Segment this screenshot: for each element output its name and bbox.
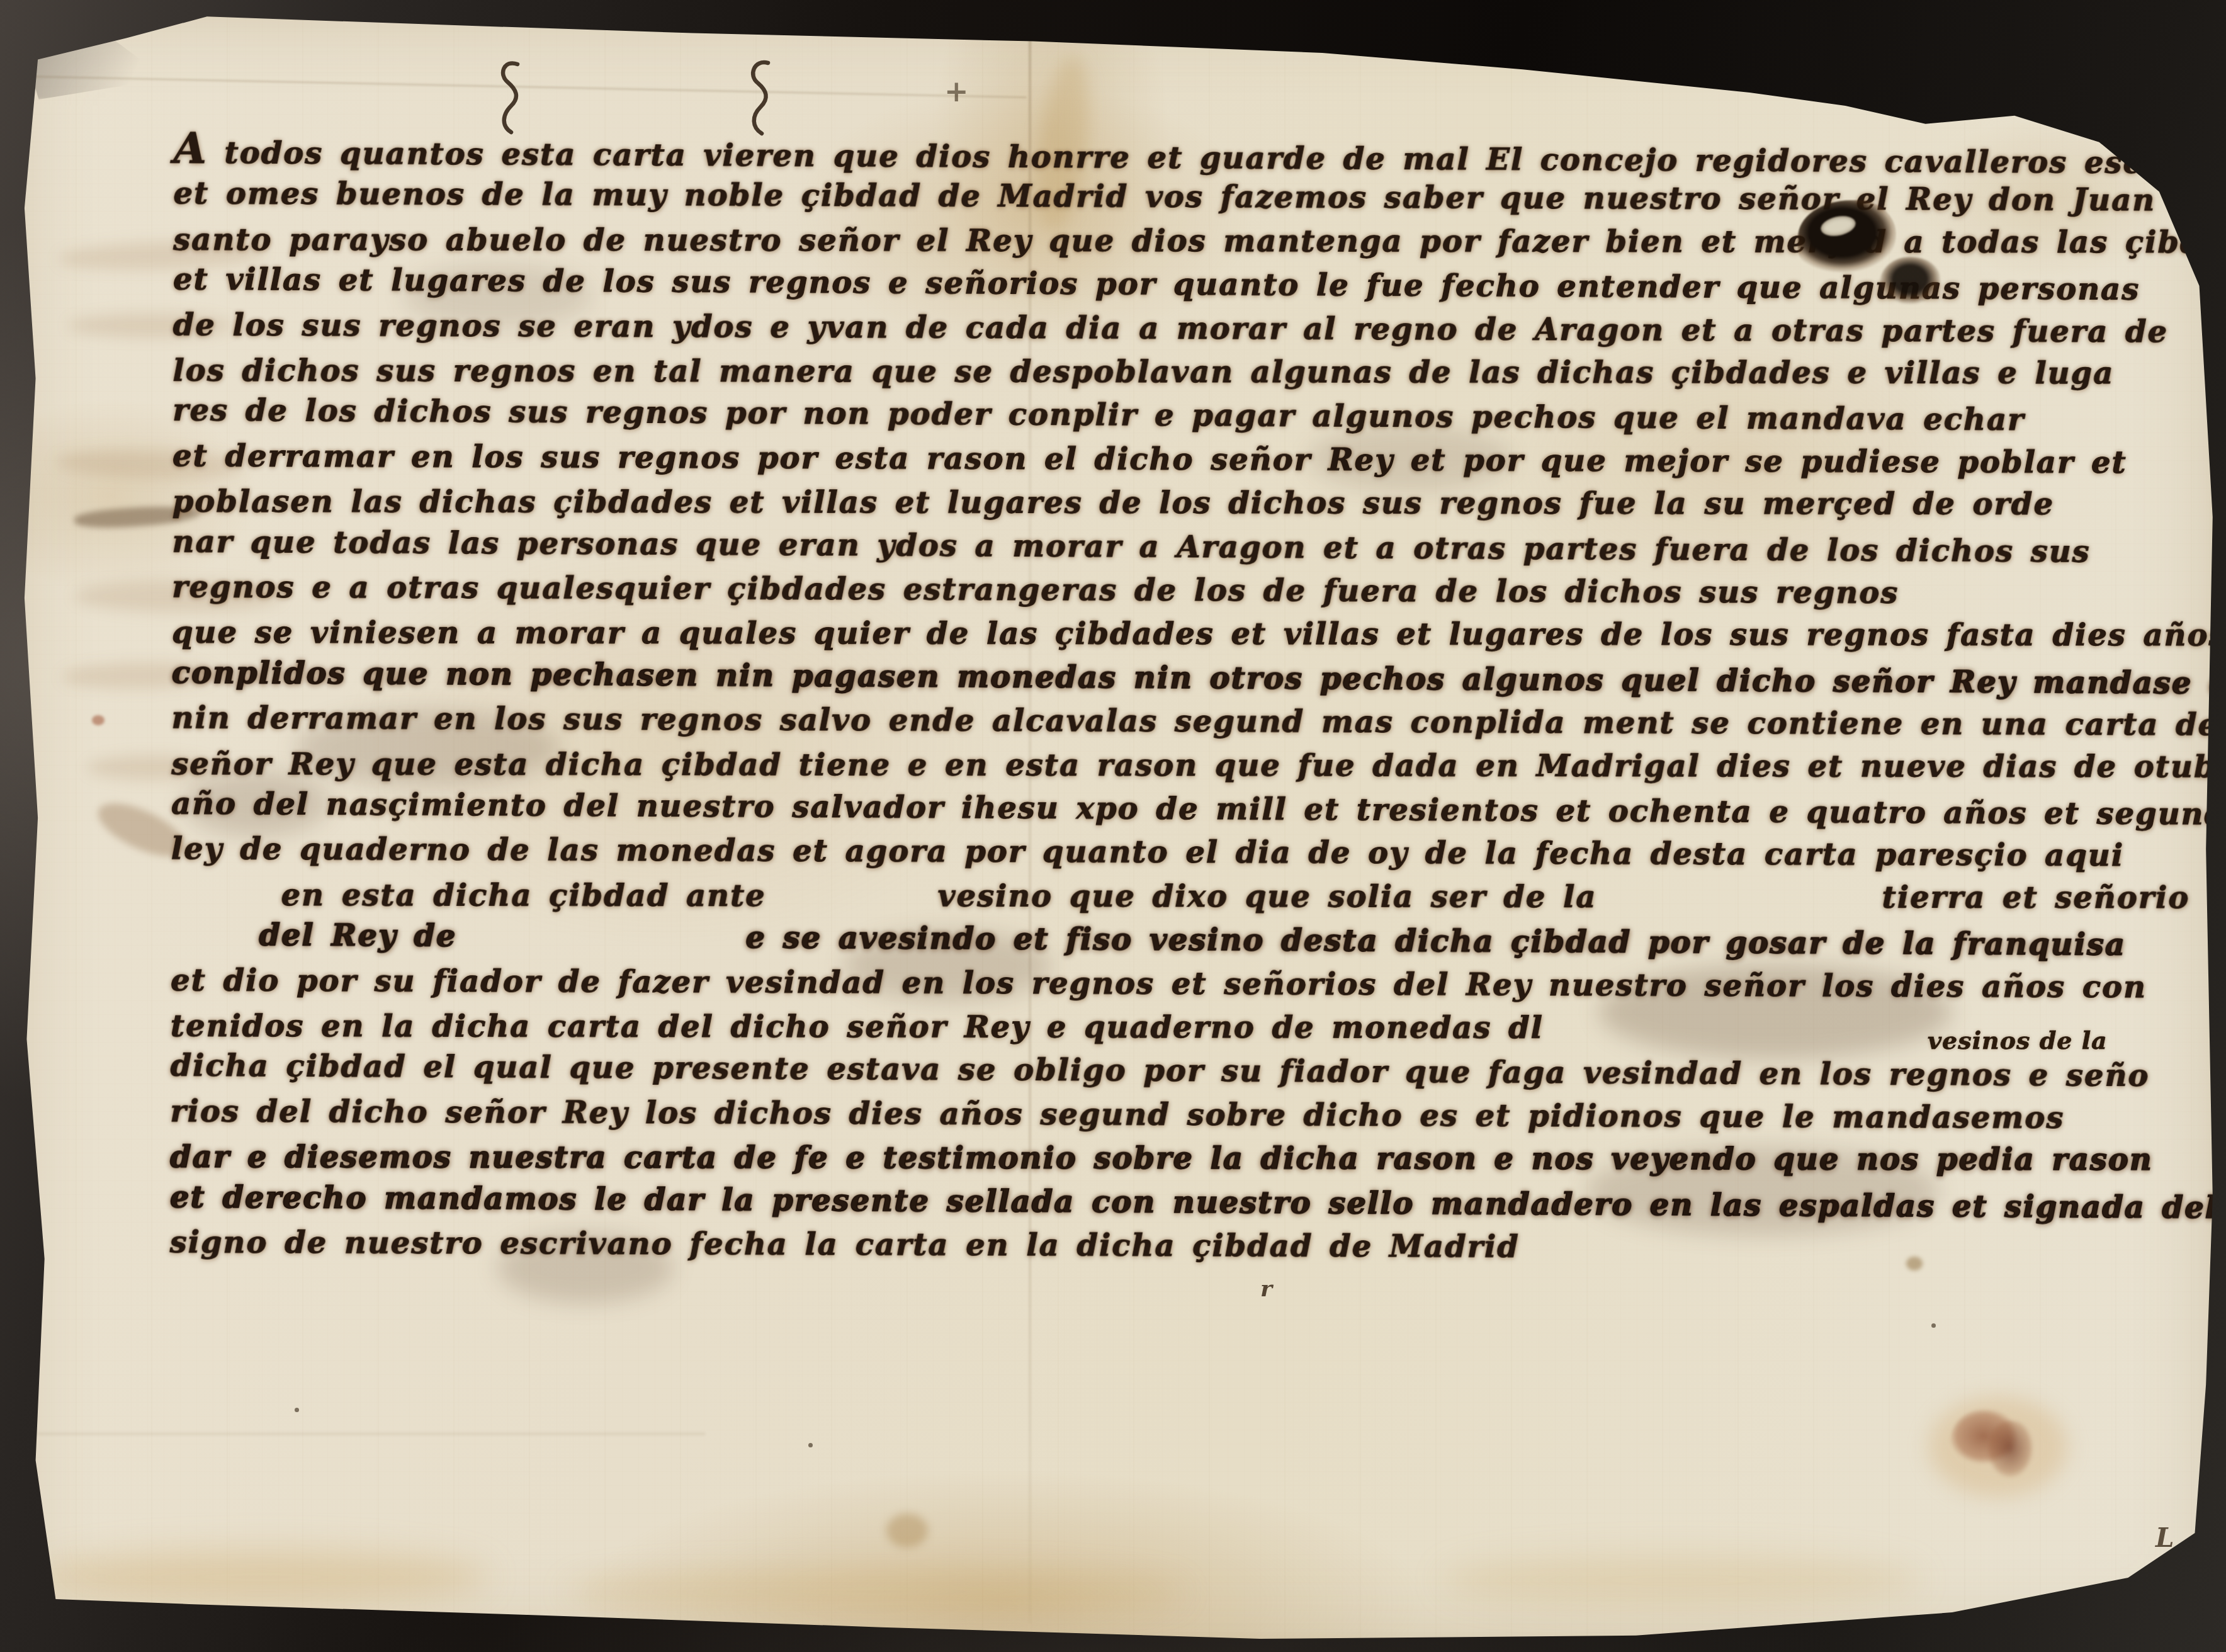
ink-soak [1599, 965, 1952, 1059]
ink-soak [1586, 1147, 1939, 1235]
manuscript-line: poblasen las dichas çibdades et villas e… [172, 482, 2212, 529]
manuscript-text-segment: regnos e a otras qualesquier çibdades es… [172, 567, 1899, 613]
manuscript-text-segment: vesino que dixo que solia ser de la [938, 876, 1597, 917]
manuscript-text-segment: santo parayso abuelo de nuestro señor el… [173, 220, 2226, 263]
manuscript-text-segment: que se viniesen a morar a quales quier d… [172, 613, 2226, 656]
manuscript-text-segment: poblasen las dichas çibdades et villas e… [172, 482, 2054, 524]
manuscript-text-segment: tierra et señorio [1882, 878, 2190, 919]
ink-soak [296, 710, 560, 786]
manuscript-text-segment: ley de quaderno de las monedas et agora … [171, 829, 2124, 876]
parchment-sheet: A todos quantos esta carta vieren que di… [0, 0, 2226, 1652]
interline-addition: vesinos de la [1928, 1026, 2108, 1055]
manuscript-line: que se viniesen a morar a quales quier d… [172, 613, 2212, 660]
manuscript-text-segment: et derramar en los sus regnos por esta r… [172, 436, 2127, 483]
manuscript-line: et omes buenos de la muy noble çibdad de… [173, 173, 2213, 224]
manuscript-text-segment: signo de nuestro escrivano fecha la cart… [170, 1222, 1520, 1267]
invocation-cross-mark: + [944, 74, 969, 108]
manuscript-text-segment: res de los dichos sus regnos por non pod… [172, 390, 2025, 440]
ink-soak [497, 1233, 674, 1303]
scribe-mark: r [1260, 1276, 1272, 1302]
manuscript-line: et derramar en los sus regnos por esta r… [172, 436, 2212, 487]
ink-soak [1309, 426, 1511, 491]
manuscript-line: en esta dicha çibdad antevesino que dixo… [171, 875, 2211, 922]
ink-soak [184, 771, 329, 836]
manuscript-text-segment: año del nasçimiento del nuestro salvador… [171, 784, 2226, 835]
manuscript-line: regnos e a otras qualesquier çibdades es… [172, 567, 2212, 618]
ink-soak [403, 264, 592, 327]
manuscript-text-segment: et omes buenos de la muy noble çibdad de… [173, 173, 2226, 221]
manuscript-line: rios del dicho señor Rey los dichos dies… [170, 1091, 2210, 1142]
manuscript-text-segment: conplidos que non pechasen nin pagasen m… [172, 653, 2226, 704]
manuscript-text-segment: rios del dicho señor Rey los dichos dies… [170, 1091, 2064, 1138]
ink-blot [1880, 257, 1940, 306]
manuscript-text-segment: del Rey de [259, 915, 457, 956]
ink-soak [844, 931, 1051, 1001]
manuscript-text-segment: nar que todas las personas que eran ydos… [172, 522, 2090, 572]
manuscript-text-segment: en esta dicha çibdad ante [281, 875, 766, 916]
small-red-speck [92, 715, 105, 725]
manuscript-line: los dichos sus regnos en tal manera que … [172, 351, 2212, 398]
manuscript-line: ley de quaderno de las monedas et agora … [171, 829, 2211, 880]
scan-background: A todos quantos esta carta vieren que di… [0, 0, 2226, 1652]
manuscript-text-segment: tenidos en la dicha carta del dicho seño… [171, 1006, 1544, 1048]
manuscript-text-block: A todos quantos esta carta vieren que di… [168, 0, 2213, 1652]
corner-pen-mark: L [2155, 1522, 2174, 1553]
manuscript-text-segment: los dichos sus regnos en tal manera que … [172, 351, 2114, 393]
manuscript-line: signo de nuestro escrivano fecha la cart… [170, 1222, 2210, 1273]
